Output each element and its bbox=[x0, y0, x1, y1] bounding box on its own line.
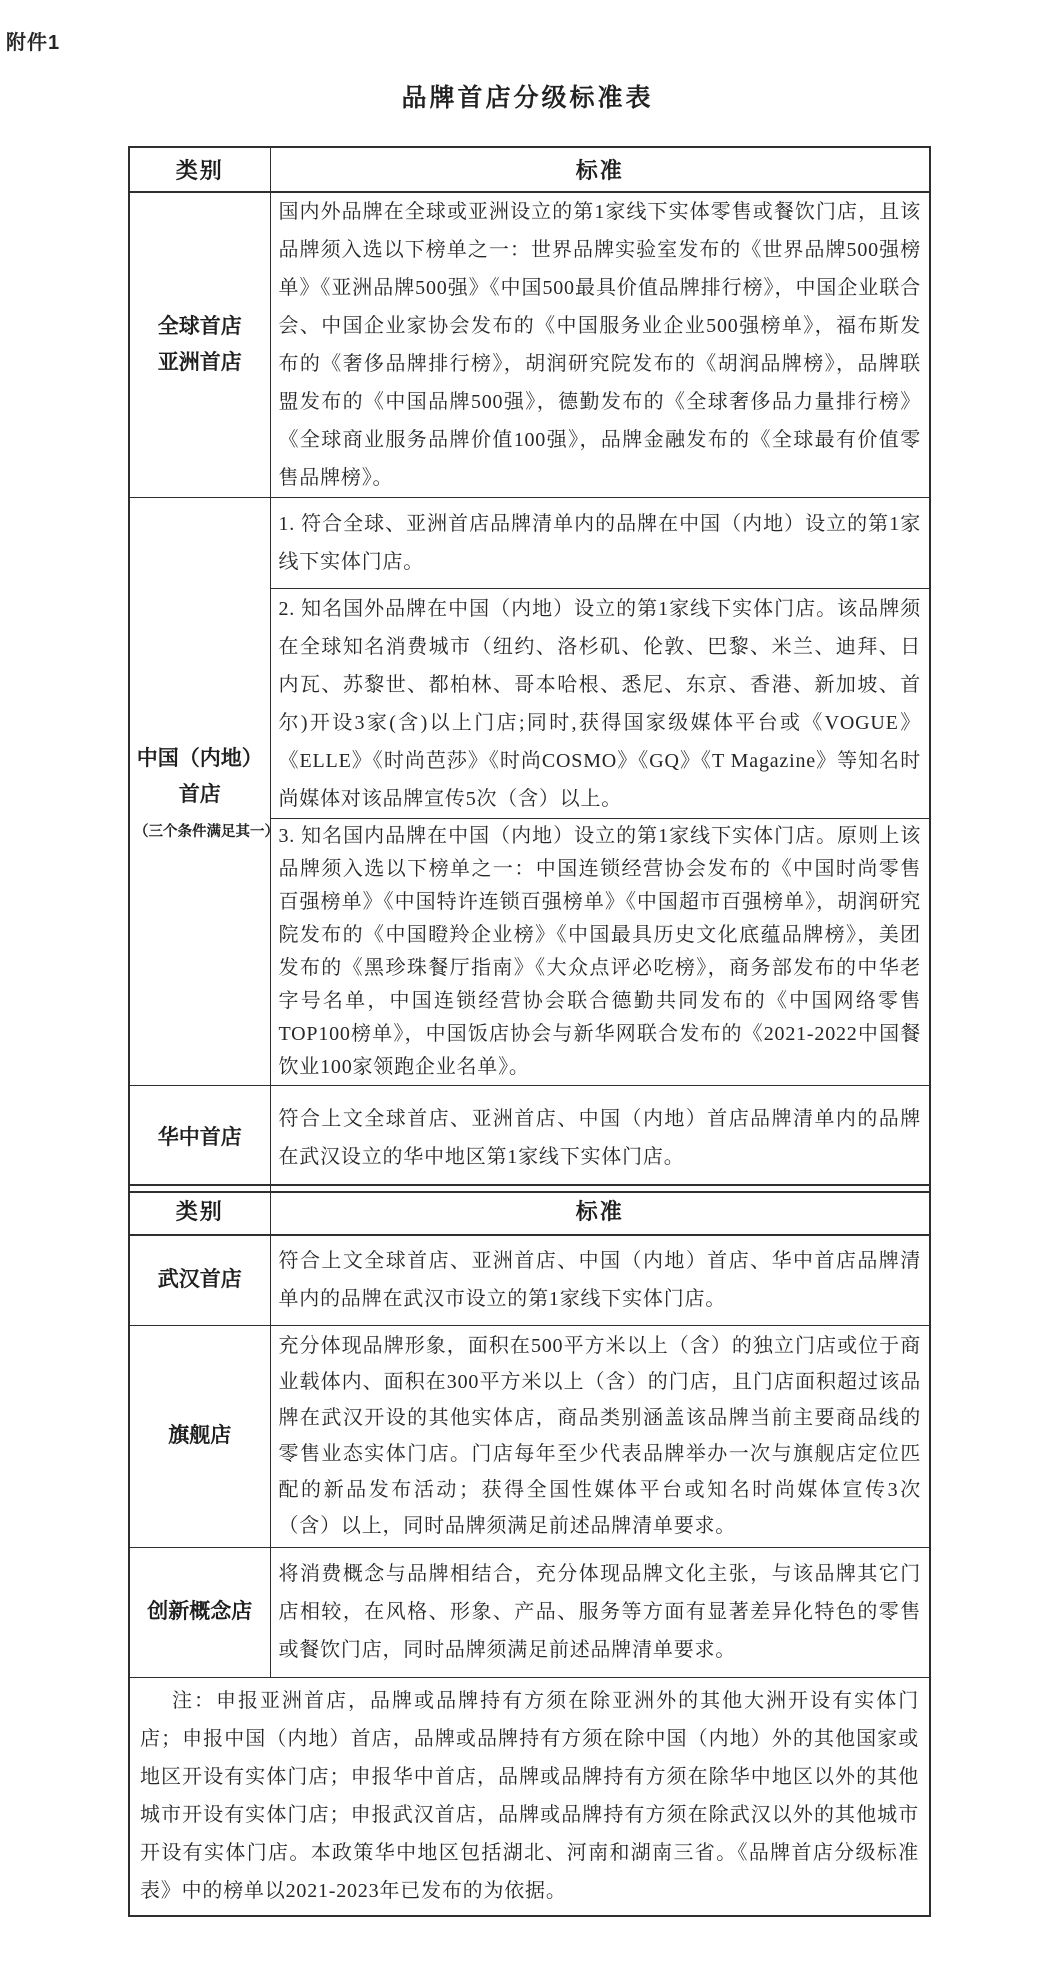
category-column-header: 类别 bbox=[129, 147, 270, 192]
table-row-china-mainland: 中国（内地） 首店 （三个条件满足其一） 1. 符合全球、亚洲首店品牌清单内的品… bbox=[129, 498, 930, 1086]
category-cell-china-mainland: 中国（内地） 首店 （三个条件满足其一） bbox=[129, 498, 270, 1086]
page-title: 品牌首店分级标准表 bbox=[0, 78, 1055, 114]
standard-cell-global-asia: 国内外品牌在全球或亚洲设立的第1家线下实体零售或餐饮门店，且该品牌须入选以下榜单… bbox=[270, 192, 930, 498]
standard-cell-central-china: 符合上文全球首店、亚洲首店、中国（内地）首店品牌清单内的品牌在武汉设立的华中地区… bbox=[270, 1086, 930, 1192]
category-cell-central-china: 华中首店 bbox=[129, 1086, 270, 1192]
category-label-line: 首店 bbox=[134, 777, 266, 813]
condition-item-3: 3. 知名国内品牌在中国（内地）设立的第1家线下实体门店。原则上该品牌须入选以下… bbox=[271, 818, 930, 1085]
category-label-line: 全球首店 bbox=[134, 309, 266, 345]
table-row-concept: 创新概念店 将消费概念与品牌相结合，充分体现品牌文化主张，与该品牌其它门店相较，… bbox=[129, 1547, 930, 1677]
classification-table-lower: 类别 标准 武汉首店 符合上文全球首店、亚洲首店、中国（内地）首店、华中首店品牌… bbox=[128, 1184, 931, 1917]
category-cell-global-asia: 全球首店 亚洲首店 bbox=[129, 192, 270, 498]
standard-cell-china-mainland: 1. 符合全球、亚洲首店品牌清单内的品牌在中国（内地）设立的第1家线下实体门店。… bbox=[270, 498, 930, 1086]
table-row-wuhan: 武汉首店 符合上文全球首店、亚洲首店、中国（内地）首店、华中首店品牌清单内的品牌… bbox=[129, 1235, 930, 1325]
condition-item-2: 2. 知名国外品牌在中国（内地）设立的第1家线下实体门店。该品牌须在全球知名消费… bbox=[271, 588, 930, 818]
table-row-global-asia: 全球首店 亚洲首店 国内外品牌在全球或亚洲设立的第1家线下实体零售或餐饮门店，且… bbox=[129, 192, 930, 498]
standard-column-header: 标准 bbox=[270, 1185, 930, 1235]
attachment-label: 附件1 bbox=[6, 26, 60, 55]
table-row-central-china: 华中首店 符合上文全球首店、亚洲首店、中国（内地）首店品牌清单内的品牌在武汉设立… bbox=[129, 1086, 930, 1192]
table-row-flagship: 旗舰店 充分体现品牌形象，面积在500平方米以上（含）的独立门店或位于商业载体内… bbox=[129, 1325, 930, 1547]
standard-cell-concept: 将消费概念与品牌相结合，充分体现品牌文化主张，与该品牌其它门店相较，在风格、形象… bbox=[270, 1547, 930, 1677]
standard-cell-flagship: 充分体现品牌形象，面积在500平方米以上（含）的独立门店或位于商业载体内、面积在… bbox=[270, 1325, 930, 1547]
condition-item-3-text: 3. 知名国内品牌在中国（内地）设立的第1家线下实体门店。原则上该品牌须入选以下… bbox=[279, 820, 922, 1084]
category-cell-wuhan: 武汉首店 bbox=[129, 1235, 270, 1325]
category-cell-concept: 创新概念店 bbox=[129, 1547, 270, 1677]
table-row-note: 注：申报亚洲首店，品牌或品牌持有方须在除亚洲外的其他大洲开设有实体门店；申报中国… bbox=[129, 1677, 930, 1916]
standard-cell-wuhan: 符合上文全球首店、亚洲首店、中国（内地）首店、华中首店品牌清单内的品牌在武汉市设… bbox=[270, 1235, 930, 1325]
document-page: { "document": { "attachment_label": "附件1… bbox=[0, 0, 1055, 1970]
footnote-cell: 注：申报亚洲首店，品牌或品牌持有方须在除亚洲外的其他大洲开设有实体门店；申报中国… bbox=[129, 1677, 930, 1916]
condition-item-1: 1. 符合全球、亚洲首店品牌清单内的品牌在中国（内地）设立的第1家线下实体门店。 bbox=[271, 498, 930, 588]
table-header-row: 类别 标准 bbox=[129, 1185, 930, 1235]
category-label-line: 中国（内地） bbox=[134, 741, 266, 777]
condition-item-2-text: 2. 知名国外品牌在中国（内地）设立的第1家线下实体门店。该品牌须在全球知名消费… bbox=[279, 590, 922, 818]
category-column-header: 类别 bbox=[129, 1185, 270, 1235]
table-header-row: 类别 标准 bbox=[129, 147, 930, 192]
category-condition-note: （三个条件满足其一） bbox=[134, 821, 266, 843]
category-cell-flagship: 旗舰店 bbox=[129, 1325, 270, 1547]
classification-table-upper: 类别 标准 全球首店 亚洲首店 国内外品牌在全球或亚洲设立的第1家线下实体零售或… bbox=[128, 146, 931, 1193]
category-label-line: 亚洲首店 bbox=[134, 345, 266, 381]
standard-column-header: 标准 bbox=[270, 147, 930, 192]
condition-item-1-text: 1. 符合全球、亚洲首店品牌清单内的品牌在中国（内地）设立的第1家线下实体门店。 bbox=[279, 505, 922, 581]
